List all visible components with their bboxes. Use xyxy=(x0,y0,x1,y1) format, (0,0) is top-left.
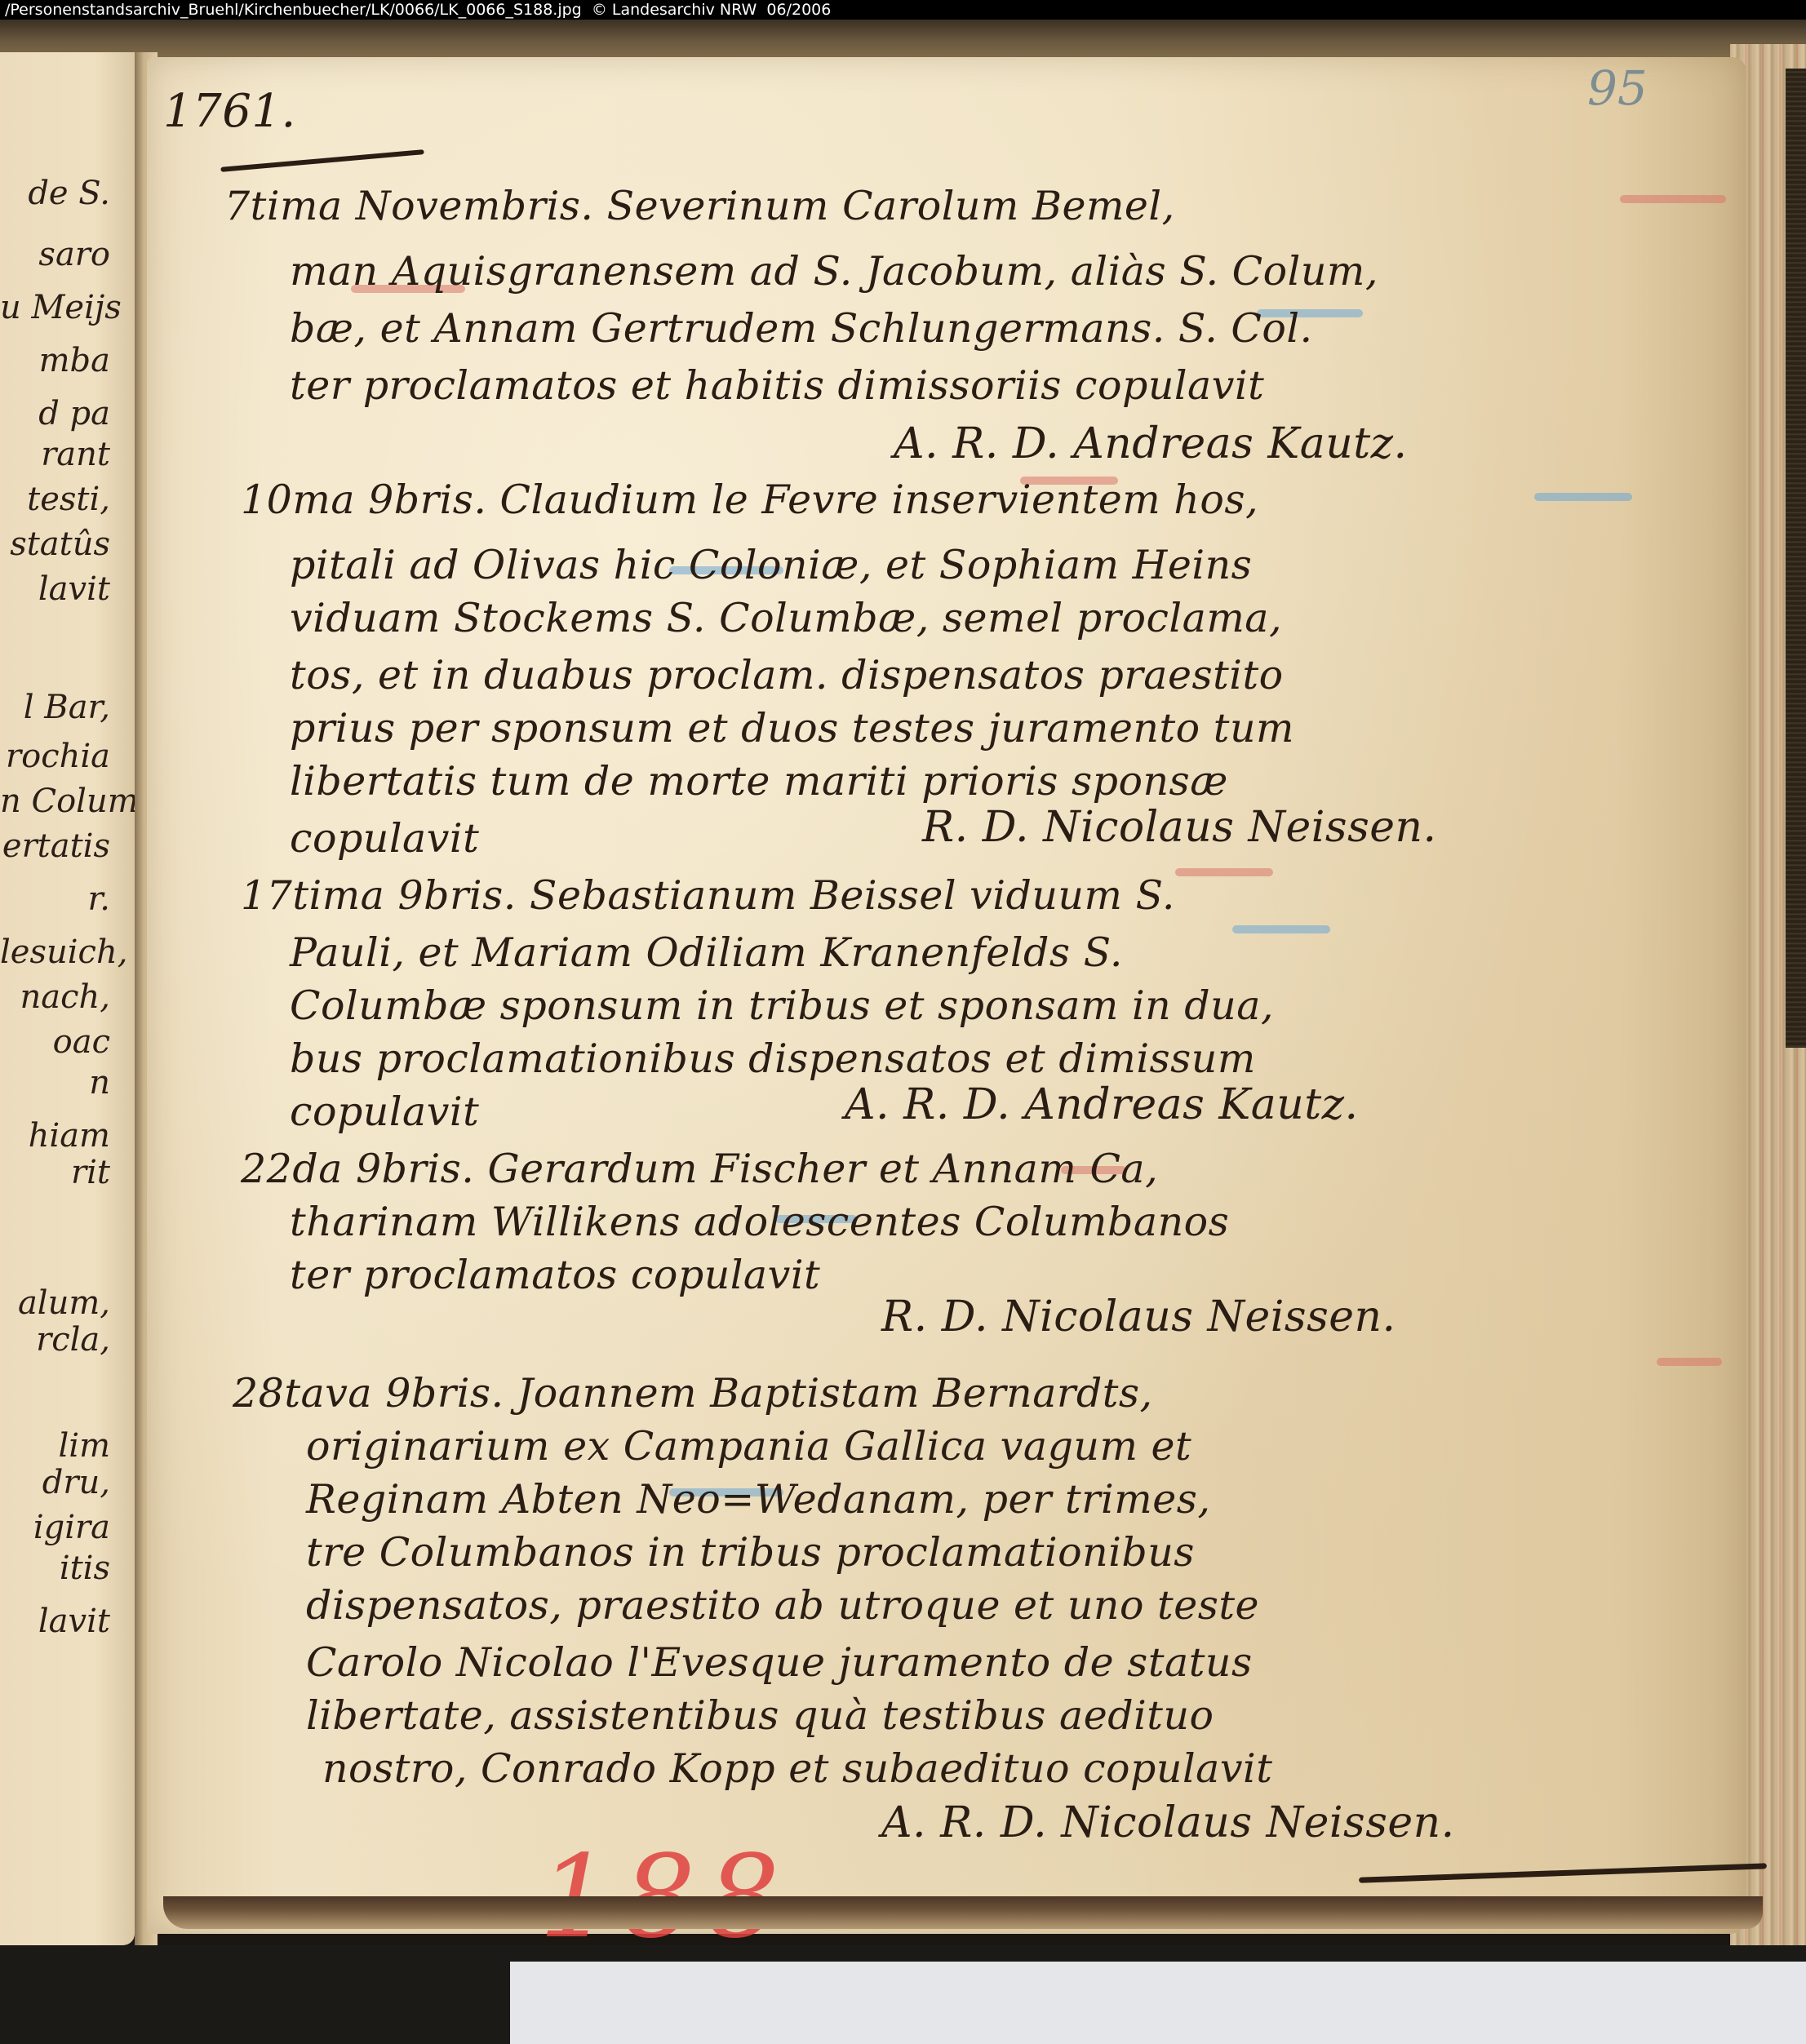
entry-5-signature: A. R. D. Nicolaus Neissen. xyxy=(881,1798,1455,1847)
copyright: © Landesarchiv NRW xyxy=(592,1,757,19)
entry-5-line-2: originarium ex Campania Gallica vagum et xyxy=(306,1423,1191,1470)
pencil-mark-red xyxy=(1620,195,1726,203)
entry-5-line-7: libertate, assistentibus quà testibus ae… xyxy=(306,1692,1214,1739)
entry-3-line-5: copulavit xyxy=(290,1089,479,1135)
pencil-mark-red xyxy=(1657,1358,1722,1366)
left-fragment-line: lim xyxy=(0,1427,135,1465)
entry-4-line-2: tharinam Willikens adolescentes Columban… xyxy=(290,1199,1229,1245)
left-fragment-line: alum, xyxy=(0,1284,135,1322)
left-page-fragment: de S. saro u Meijs mba d pa rant testi, … xyxy=(0,52,135,1945)
book-cover-edge xyxy=(1786,69,1806,1048)
entry-5-line-5: dispensatos, praestito ab utroque et uno… xyxy=(306,1582,1259,1629)
left-fragment-line: igira xyxy=(0,1509,135,1546)
left-fragment-line: itis xyxy=(0,1550,135,1587)
entry-5-line-8: nostro, Conrado Kopp et subaedituo copul… xyxy=(322,1745,1272,1792)
left-fragment-line: saro xyxy=(0,236,135,273)
left-fragment-line: rant xyxy=(0,436,135,473)
entry-4-signature: R. D. Nicolaus Neissen. xyxy=(881,1292,1396,1341)
left-fragment-line: lesuich, xyxy=(0,933,135,971)
entry-2-line-5: prius per sponsum et duos testes juramen… xyxy=(290,705,1294,752)
scan-background-light xyxy=(510,1962,1806,2044)
left-fragment-line: rochia xyxy=(0,738,135,775)
entry-1-signature: A. R. D. Andreas Kautz. xyxy=(894,419,1408,468)
entry-5-line-1: 28tava 9bris. Joannem Baptistam Bernardt… xyxy=(233,1370,1153,1417)
entry-3-line-1: 17tima 9bris. Sebastianum Beissel viduum… xyxy=(241,872,1175,919)
left-fragment-line: mba xyxy=(0,342,135,379)
entry-2-line-3: viduam Stockems S. Columbæ, semel procla… xyxy=(290,595,1282,641)
document-scan: de S. saro u Meijs mba d pa rant testi, … xyxy=(0,20,1806,2044)
entry-3-line-4: bus proclamationibus dispensatos et dimi… xyxy=(290,1035,1256,1082)
entry-2-line-2: pitali ad Olivas hic Coloniæ, et Sophiam… xyxy=(290,542,1252,588)
left-fragment-line: nach, xyxy=(0,978,135,1016)
page-bottom-edge xyxy=(163,1896,1763,1929)
entry-1-line-4: ter proclamatos et habitis dimissoriis c… xyxy=(290,362,1264,409)
left-fragment-line: dru, xyxy=(0,1464,135,1501)
entry-5-line-4: tre Columbanos in tribus proclamationibu… xyxy=(306,1529,1195,1576)
year-heading: 1761. xyxy=(163,85,296,138)
left-fragment-line: rcla, xyxy=(0,1321,135,1359)
entry-1-line-2: man Aquisgranensem ad S. Jacobum, aliàs … xyxy=(290,248,1378,295)
left-fragment-line: de S. xyxy=(0,175,135,212)
entry-3-line-2: Pauli, et Mariam Odiliam Kranenfelds S. xyxy=(290,929,1123,976)
pencil-mark-red xyxy=(1175,868,1273,876)
entry-2-line-4: tos, et in duabus proclam. dispensatos p… xyxy=(290,652,1284,698)
left-fragment-line: n Colum, xyxy=(0,783,135,820)
entry-2-signature: R. D. Nicolaus Neissen. xyxy=(922,803,1437,852)
scan-date: 06/2006 xyxy=(766,1,831,19)
archive-caption-bar: /Personenstandsarchiv_Bruehl/Kirchenbuec… xyxy=(0,0,1806,20)
folio-number: 95 xyxy=(1587,60,1648,116)
left-fragment-line: r. xyxy=(0,880,135,918)
entry-3-line-3: Columbæ sponsum in tribus et sponsam in … xyxy=(290,982,1274,1029)
entry-2-line-1: 10ma 9bris. Claudium le Fevre inservient… xyxy=(241,477,1258,523)
left-fragment-line: ertatis xyxy=(0,827,135,865)
left-fragment-line: d pa xyxy=(0,395,135,432)
left-fragment-line: u Meijs xyxy=(0,289,135,326)
left-fragment-line: lavit xyxy=(0,570,135,608)
entry-5-line-6: Carolo Nicolao l'Evesque juramento de st… xyxy=(306,1639,1253,1686)
entry-3-signature: A. R. D. Andreas Kautz. xyxy=(845,1080,1359,1129)
entry-4-line-1: 22da 9bris. Gerardum Fischer et Annam Ca… xyxy=(241,1146,1158,1192)
left-fragment-line: lavit xyxy=(0,1603,135,1640)
pencil-mark-blue xyxy=(1232,925,1330,933)
entry-1-line-1: 7tima Novembris. Severinum Carolum Bemel… xyxy=(224,183,1175,229)
pencil-mark-blue xyxy=(1534,493,1632,501)
left-fragment-line: hiam xyxy=(0,1117,135,1155)
left-fragment-line: oac xyxy=(0,1023,135,1061)
left-fragment-line: statûs xyxy=(0,525,135,563)
left-fragment-line: n xyxy=(0,1064,135,1102)
entry-4-line-3: ter proclamatos copulavit xyxy=(290,1252,820,1298)
entry-5-line-3: Reginam Abten Neo=Wedanam, per trimes, xyxy=(306,1476,1210,1523)
file-path: /Personenstandsarchiv_Bruehl/Kirchenbuec… xyxy=(5,1,582,19)
entry-2-line-7: copulavit xyxy=(290,815,479,862)
entry-1-line-3: bæ, et Annam Gertrudem Schlungermans. S.… xyxy=(290,305,1313,352)
entry-2-line-6: libertatis tum de morte mariti prioris s… xyxy=(290,758,1228,805)
left-fragment-line: rit xyxy=(0,1154,135,1191)
left-fragment-line: l Bar, xyxy=(0,689,135,726)
left-fragment-line: testi, xyxy=(0,481,135,518)
